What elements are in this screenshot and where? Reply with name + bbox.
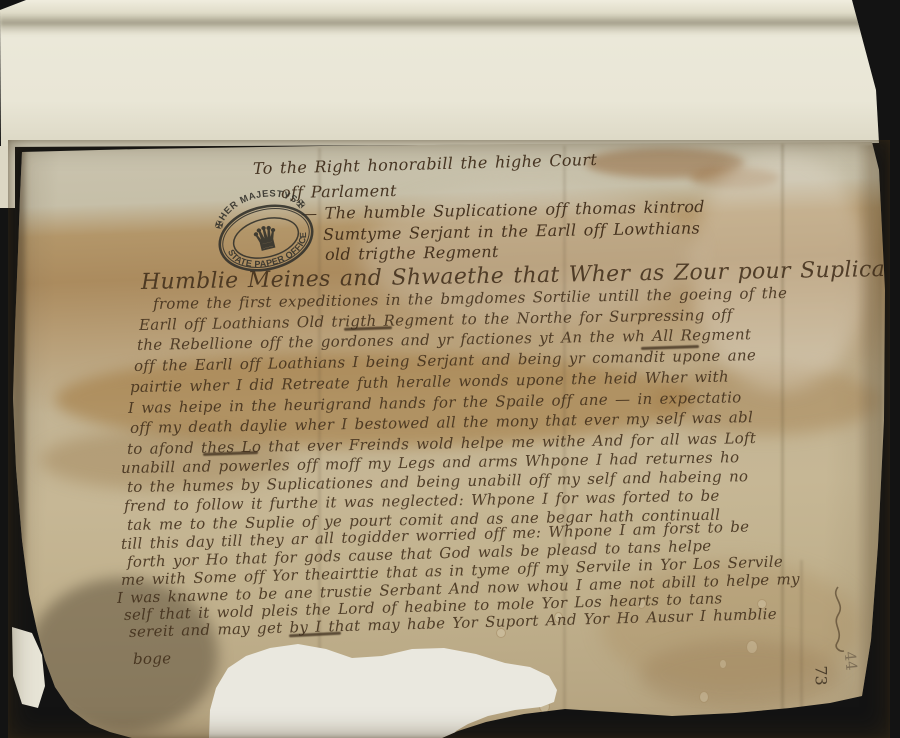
fold-crease	[800, 560, 803, 710]
water-stain-spot	[746, 640, 758, 654]
body-line: boge	[133, 649, 172, 668]
manuscript-photograph: To the Right honorabill the highe Court …	[0, 0, 900, 738]
ink-strikethrough	[344, 326, 392, 331]
crown-icon: ♛	[248, 218, 283, 259]
folio-number-ink: 73	[812, 665, 831, 685]
backing-sheet-left-edge	[0, 146, 15, 208]
paper-crease	[0, 14, 900, 34]
water-stain-spot	[719, 659, 727, 669]
fold-crease	[781, 144, 784, 716]
ink-flourish	[820, 585, 860, 655]
water-stain-spot	[699, 691, 709, 703]
stain-bottom-right	[640, 640, 840, 710]
folio-number-pencil: 44	[841, 651, 861, 672]
backing-sheet-edge	[0, 0, 900, 148]
heading-line: old trigthe Regment	[325, 242, 499, 264]
